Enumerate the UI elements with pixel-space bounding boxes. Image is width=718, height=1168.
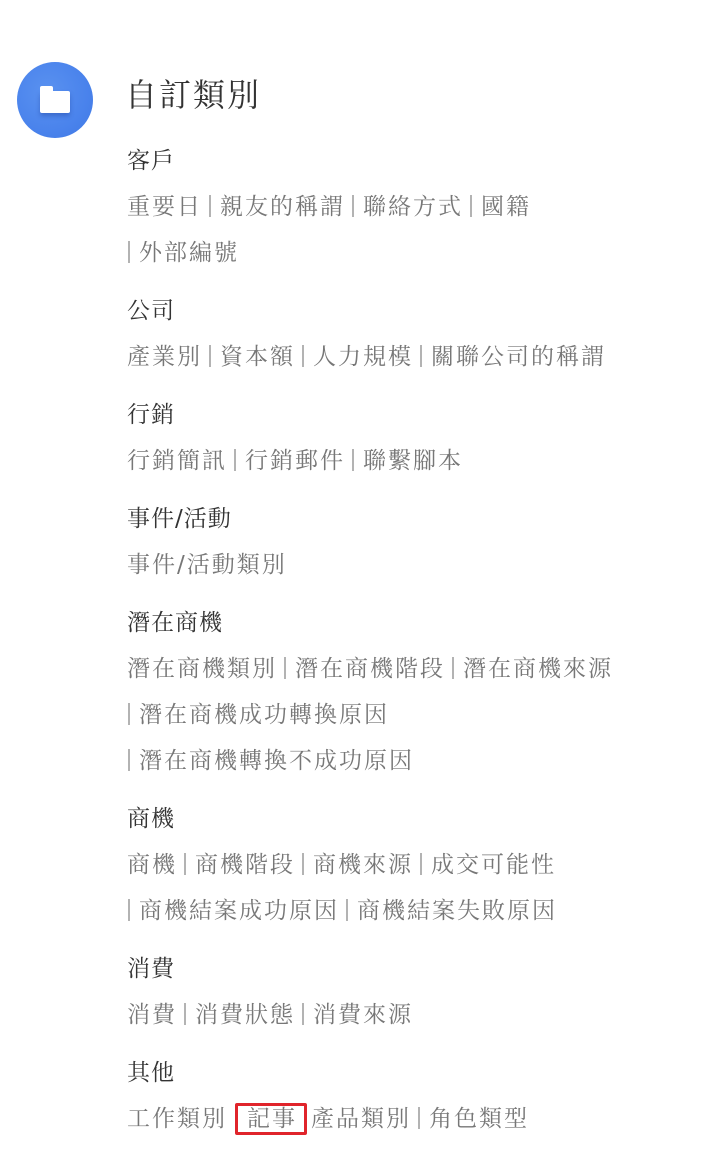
category-link[interactable]: 產業別 <box>127 344 202 370</box>
separator <box>128 241 130 263</box>
category-link[interactable]: 消費狀態 <box>195 1002 295 1028</box>
category-link[interactable]: 資本額 <box>220 344 295 370</box>
category-link[interactable]: 潛在商機成功轉換原因 <box>139 702 389 728</box>
section-title: 潛在商機 <box>127 600 707 646</box>
category-section: 其他工作類別記事產品類別角色類型 <box>127 1050 707 1142</box>
separator <box>346 899 348 921</box>
category-link[interactable]: 成交可能性 <box>431 852 556 878</box>
category-section: 事件/活動事件/活動類別 <box>127 496 707 588</box>
separator <box>302 345 304 367</box>
section-title: 商機 <box>127 796 707 842</box>
section-items: 工作類別記事產品類別角色類型 <box>127 1096 707 1142</box>
separator <box>302 853 304 875</box>
category-link[interactable]: 消費來源 <box>313 1002 413 1028</box>
separator <box>420 345 422 367</box>
item-line: 商機結案成功原因商機結案失敗原因 <box>127 888 707 934</box>
category-link[interactable]: 行銷郵件 <box>245 448 345 474</box>
section-title: 消費 <box>127 946 707 992</box>
section-title: 公司 <box>127 288 707 334</box>
separator <box>452 657 454 679</box>
category-link[interactable]: 外部編號 <box>139 240 239 266</box>
category-link[interactable]: 角色類型 <box>429 1106 529 1132</box>
separator <box>128 749 130 771</box>
category-link[interactable]: 潛在商機來源 <box>463 656 613 682</box>
item-line: 潛在商機轉換不成功原因 <box>127 738 707 784</box>
category-link[interactable]: 事件/活動類別 <box>127 552 287 578</box>
separator <box>209 345 211 367</box>
category-section: 商機商機商機階段商機來源成交可能性商機結案成功原因商機結案失敗原因 <box>127 796 707 934</box>
category-link[interactable]: 商機 <box>127 852 177 878</box>
category-section: 消費消費消費狀態消費來源 <box>127 946 707 1038</box>
category-link[interactable]: 商機結案失敗原因 <box>357 898 557 924</box>
separator <box>234 449 236 471</box>
separator <box>284 657 286 679</box>
item-line: 重要日親友的稱謂聯絡方式國籍 <box>127 184 707 230</box>
section-items: 事件/活動類別 <box>127 542 707 588</box>
page-title: 自訂類別 <box>125 74 261 116</box>
separator <box>302 1003 304 1025</box>
category-link[interactable]: 人力規模 <box>313 344 413 370</box>
item-line: 外部編號 <box>127 230 707 276</box>
separator <box>128 703 130 725</box>
section-items: 消費消費狀態消費來源 <box>127 992 707 1038</box>
category-link[interactable]: 親友的稱謂 <box>220 194 345 220</box>
category-link[interactable]: 聯絡方式 <box>363 194 463 220</box>
section-title: 事件/活動 <box>127 496 707 542</box>
custom-category-icon <box>17 62 93 138</box>
separator <box>420 853 422 875</box>
separator <box>470 195 472 217</box>
category-link[interactable]: 潛在商機轉換不成功原因 <box>139 748 414 774</box>
item-line: 商機商機階段商機來源成交可能性 <box>127 842 707 888</box>
category-section: 潛在商機潛在商機類別潛在商機階段潛在商機來源潛在商機成功轉換原因潛在商機轉換不成… <box>127 600 707 784</box>
separator <box>184 1003 186 1025</box>
category-link[interactable]: 行銷簡訊 <box>127 448 227 474</box>
item-line: 潛在商機成功轉換原因 <box>127 692 707 738</box>
category-link[interactable]: 潛在商機階段 <box>295 656 445 682</box>
folder-icon <box>40 91 70 113</box>
section-title: 行銷 <box>127 392 707 438</box>
separator <box>352 449 354 471</box>
category-section: 公司產業別資本額人力規模關聯公司的稱謂 <box>127 288 707 380</box>
category-link[interactable]: 工作類別 <box>127 1106 227 1132</box>
separator <box>209 195 211 217</box>
separator <box>184 853 186 875</box>
item-line: 產業別資本額人力規模關聯公司的稱謂 <box>127 334 707 380</box>
item-line: 消費消費狀態消費來源 <box>127 992 707 1038</box>
section-items: 商機商機階段商機來源成交可能性商機結案成功原因商機結案失敗原因 <box>127 842 707 934</box>
item-line: 潛在商機類別潛在商機階段潛在商機來源 <box>127 646 707 692</box>
category-link[interactable]: 聯繫腳本 <box>363 448 463 474</box>
separator <box>418 1107 420 1129</box>
category-list: 客戶重要日親友的稱謂聯絡方式國籍外部編號公司產業別資本額人力規模關聯公司的稱謂行… <box>127 138 707 1154</box>
item-line: 工作類別記事產品類別角色類型 <box>127 1096 707 1142</box>
section-items: 重要日親友的稱謂聯絡方式國籍外部編號 <box>127 184 707 276</box>
separator <box>128 899 130 921</box>
category-section: 行銷行銷簡訊行銷郵件聯繫腳本 <box>127 392 707 484</box>
section-title: 客戶 <box>127 138 707 184</box>
category-link[interactable]: 關聯公司的稱謂 <box>431 344 606 370</box>
item-line: 行銷簡訊行銷郵件聯繫腳本 <box>127 438 707 484</box>
category-link[interactable]: 商機來源 <box>313 852 413 878</box>
section-items: 潛在商機類別潛在商機階段潛在商機來源潛在商機成功轉換原因潛在商機轉換不成功原因 <box>127 646 707 784</box>
category-link[interactable]: 國籍 <box>481 194 531 220</box>
category-link[interactable]: 潛在商機類別 <box>127 656 277 682</box>
separator <box>352 195 354 217</box>
item-line: 事件/活動類別 <box>127 542 707 588</box>
category-link[interactable]: 重要日 <box>127 194 202 220</box>
category-link[interactable]: 商機階段 <box>195 852 295 878</box>
category-link[interactable]: 產品類別 <box>311 1106 411 1132</box>
section-items: 行銷簡訊行銷郵件聯繫腳本 <box>127 438 707 484</box>
category-link[interactable]: 商機結案成功原因 <box>139 898 339 924</box>
category-link[interactable]: 消費 <box>127 1002 177 1028</box>
section-title: 其他 <box>127 1050 707 1096</box>
section-items: 產業別資本額人力規模關聯公司的稱謂 <box>127 334 707 380</box>
category-link-highlighted[interactable]: 記事 <box>235 1103 307 1135</box>
category-section: 客戶重要日親友的稱謂聯絡方式國籍外部編號 <box>127 138 707 276</box>
